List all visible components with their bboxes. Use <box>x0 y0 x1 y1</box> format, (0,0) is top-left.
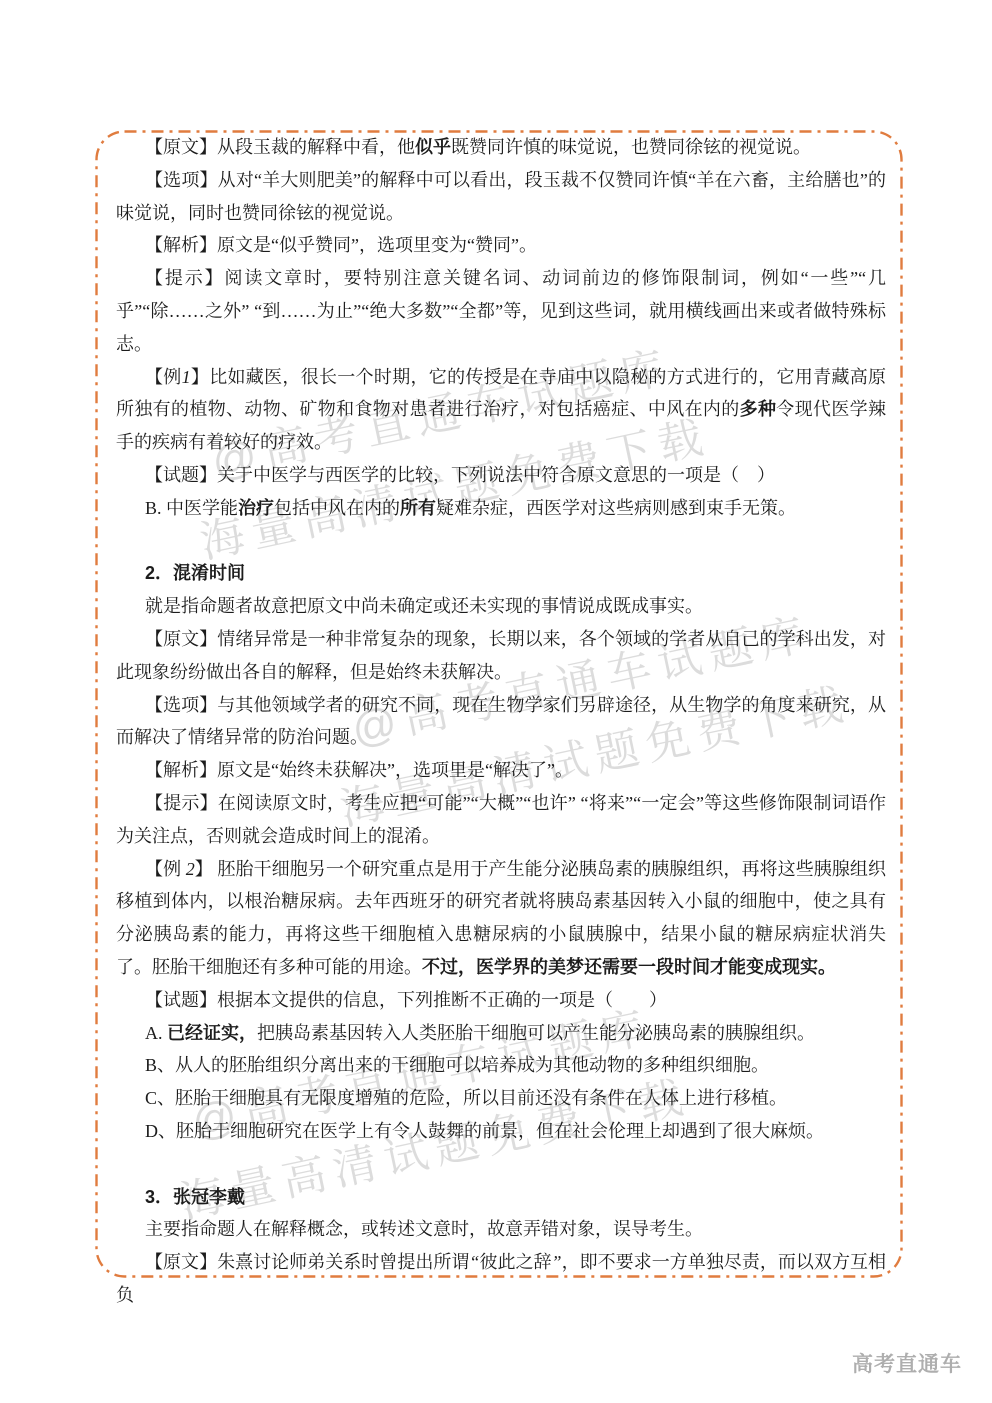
text-run: B、从人的胚胎组织分离出来的干细胞可以培养成为其他动物的多种组织细胞。 <box>145 1055 769 1075</box>
text-run: 就是指命题者故意把原文中尚未确定或还未实现的事情说成既成事实。 <box>145 596 703 616</box>
emphasis-text: 多种 <box>740 399 777 419</box>
paragraph-definition: 主要指命题人在解释概念，或转述文意时，故意弄错对象，误导考生。 <box>116 1213 886 1246</box>
text-run: 既赞同许慎的味觉说，也赞同徐铉的视觉说。 <box>451 137 811 157</box>
text-run: 主要指命题人在解释概念，或转述文意时，故意弄错对象，误导考生。 <box>145 1219 703 1239</box>
paragraph-choice-c: C、胚胎干细胞具有无限度增殖的危险，所以目前还没有条件在人体上进行移植。 <box>116 1082 886 1115</box>
paragraph-option: 【选项】与其他领域学者的研究不同，现在生物学家们另辟途径，从生物学的角度来研究，… <box>116 689 886 755</box>
paragraph-analysis: 【解析】原文是“似乎赞同”，选项里变为“赞同”。 <box>116 229 886 262</box>
paragraph-original-text: 【原文】朱熹讨论师弟关系时曾提出所谓“彼此之辞”，即不要求一方单独尽责，而以双方… <box>116 1246 886 1312</box>
text-run: 【试题】根据本文提供的信息，下列推断不正确的一项是（ ） <box>145 990 667 1010</box>
paragraph-tip: 【提示】在阅读原文时，考生应把“可能”“大概”“也许” “将来”“一定会”等这些… <box>116 787 886 853</box>
emphasis-text: 所有 <box>400 498 436 518</box>
text-run: D、胚胎干细胞研究在医学上有令人鼓舞的前景，但在社会伦理上却遇到了很大麻烦。 <box>145 1121 824 1141</box>
text-run: C、胚胎干细胞具有无限度增殖的危险，所以目前还没有条件在人体上进行移植。 <box>145 1088 787 1108</box>
emphasis-text: 已经证实， <box>167 1023 257 1043</box>
text-run: B. 中医学能 <box>145 498 238 518</box>
paragraph-choice-d: D、胚胎干细胞研究在医学上有令人鼓舞的前景，但在社会伦理上却遇到了很大麻烦。 <box>116 1115 886 1148</box>
paragraph-example-2: 【例 2】 胚胎干细胞另一个研究重点是用于产生能分泌胰岛素的胰腺组织，再将这些胰… <box>116 853 886 984</box>
text-run: 【选项】从对“羊大则肥美”的解释中可以看出，段玉裁不仅赞同许慎“羊在六畜，主给膳… <box>116 170 886 223</box>
section-heading: 3．张冠李戴 <box>116 1181 886 1214</box>
paragraph-question: 【试题】关于中医学与西医学的比较，下列说法中符合原文意思的一项是（ ） <box>116 459 886 492</box>
paragraph-definition: 就是指命题者故意把原文中尚未确定或还未实现的事情说成既成事实。 <box>116 590 886 623</box>
text-run: 【选项】与其他领域学者的研究不同，现在生物学家们另辟途径，从生物学的角度来研究，… <box>116 695 886 748</box>
document-content: 【原文】从段玉裁的解释中看，他似乎既赞同许慎的味觉说，也赞同徐铉的视觉说。【选项… <box>116 131 886 1312</box>
emphasis-text: 治疗 <box>238 498 274 518</box>
paragraph-choice-b: B、从人的胚胎组织分离出来的干细胞可以培养成为其他动物的多种组织细胞。 <box>116 1049 886 1082</box>
text-run: 疑难杂症，西医学对这些病则感到束手无策。 <box>436 498 796 518</box>
section-heading: 2．混淆时间 <box>116 557 886 590</box>
text-run: 【试题】关于中医学与西医学的比较，下列说法中符合原文意思的一项是（ ） <box>145 465 775 485</box>
text-run: 【提示】在阅读原文时，考生应把“可能”“大概”“也许” “将来”“一定会”等这些… <box>116 793 886 846</box>
paragraph-choice-b: B. 中医学能治疗包括中风在内的所有疑难杂症，西医学对这些病则感到束手无策。 <box>116 492 886 525</box>
text-run: 【提示】阅读文章时，要特别注意关键名词、动词前边的修饰限制词，例如“一些”“几乎… <box>116 268 886 354</box>
text-run: A. <box>145 1023 167 1043</box>
paragraph-analysis: 【解析】原文是“始终未获解决”，选项里是“解决了”。 <box>116 754 886 787</box>
brand-logo: 高考直通车 <box>852 1348 962 1378</box>
text-run: 【解析】原文是“始终未获解决”，选项里是“解决了”。 <box>145 760 573 780</box>
text-run: 【原文】从段玉裁的解释中看，他 <box>145 137 415 157</box>
paragraph-question: 【试题】根据本文提供的信息，下列推断不正确的一项是（ ） <box>116 984 886 1017</box>
text-run: 把胰岛素基因转入人类胚胎干细胞可以产生能分泌胰岛素的胰腺组织。 <box>257 1023 815 1043</box>
paragraph-original-text: 【原文】情绪异常是一种非常复杂的现象，长期以来，各个领域的学者从自己的学科出发，… <box>116 623 886 689</box>
emphasis-text: 不过，医学界的美梦还需要一段时间才能变成现实。 <box>422 957 836 977</box>
text-run: 【原文】朱熹讨论师弟关系时曾提出所谓“彼此之辞”，即不要求一方单独尽责，而以双方… <box>116 1252 886 1305</box>
text-run: 【解析】原文是“似乎赞同”，选项里变为“赞同”。 <box>145 235 537 255</box>
paragraph-example-1: 【例1】比如藏医，很长一个时期，它的传授是在寺庙中以隐秘的方式进行的，它用青藏高… <box>116 361 886 459</box>
text-run: 【原文】情绪异常是一种非常复杂的现象，长期以来，各个领域的学者从自己的学科出发，… <box>116 629 886 682</box>
paragraph-choice-a: A. 已经证实，把胰岛素基因转入人类胚胎干细胞可以产生能分泌胰岛素的胰腺组织。 <box>116 1017 886 1050</box>
paragraph-original-text: 【原文】从段玉裁的解释中看，他似乎既赞同许慎的味觉说，也赞同徐铉的视觉说。 <box>116 131 886 164</box>
paragraph-tip: 【提示】阅读文章时，要特别注意关键名词、动词前边的修饰限制词，例如“一些”“几乎… <box>116 262 886 360</box>
paragraph-option: 【选项】从对“羊大则肥美”的解释中可以看出，段玉裁不仅赞同许慎“羊在六畜，主给膳… <box>116 164 886 230</box>
emphasis-text: 似乎 <box>415 137 451 157</box>
text-run: 包括中风在内的 <box>274 498 400 518</box>
